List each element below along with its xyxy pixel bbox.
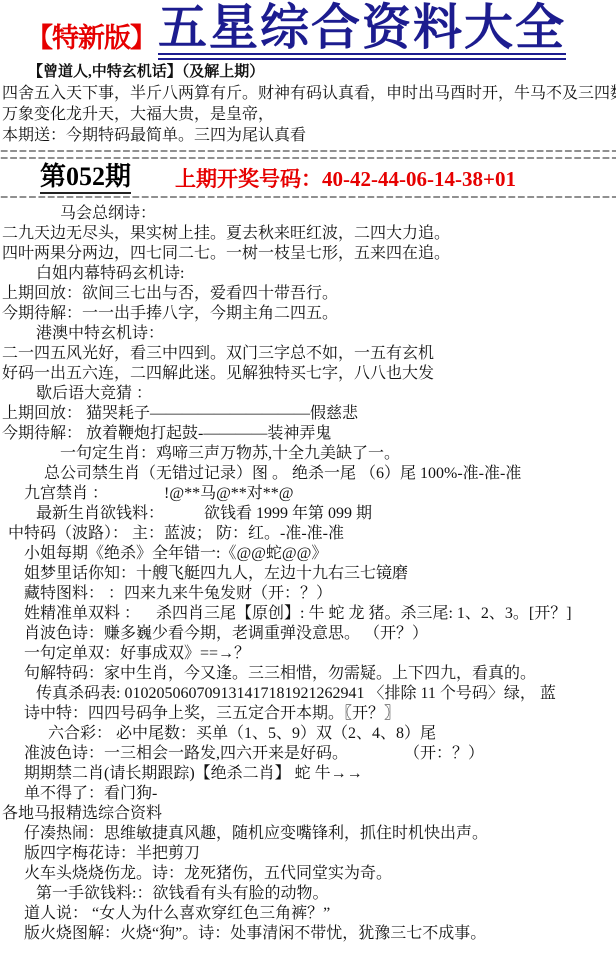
body-line: 中特码（波路）： 主：蓝波； 防：红。-准-准-准 — [0, 524, 616, 544]
body-line: 六合彩： 必中尾数：买单（1、5、9）双（2、4、8）尾 — [0, 724, 616, 744]
issue-number: 第052期 — [40, 162, 131, 194]
body-line: 各地马报精选综合资料 — [0, 804, 616, 824]
separator-line: ========================================… — [0, 148, 616, 155]
body-line: 马会总纲诗： — [0, 204, 616, 224]
subtitle: 【曾道人,中特玄机话】（及解上期） — [0, 60, 616, 81]
body-line: 肖波色诗：赚多巍少看今期，老调重弹没意思。 （开？） — [0, 624, 616, 644]
body-line: 今期待解： 放着鞭炮打起鼓-————装神弄鬼 — [0, 424, 616, 444]
body-line: 总公司禁生肖（无错过记录）图 。 绝杀一尾 （6）尾 100%-准-准-准 — [0, 464, 616, 484]
body-line: 上期回放：欲间三七出与否，爱看四十带吾行。 — [0, 284, 616, 304]
body-line: 最新生肖欲钱料： 欲钱看 1999 年第 099 期 — [0, 504, 616, 524]
separator-top: ========================================… — [0, 148, 616, 162]
body-line: 九宫禁肖 ： !@**马@**对**@ — [0, 484, 616, 504]
body-line: 道人说： “女人为什么喜欢穿红色三角裤？” — [0, 904, 616, 924]
body-line: 准波色诗：一三相会一路发,四六开来是好码。 （开：？） — [0, 744, 616, 764]
body-line: 传真杀码表: 010205060709131417181921262941 〈排… — [0, 684, 616, 704]
body-line: 姐梦里话你知：十艘飞艇四九人，左边十九右三七镜磨 — [0, 564, 616, 584]
body-line: 今期待解：一一出手捧八字，今期主角二四五。 — [0, 304, 616, 324]
body-line: 版四字梅花诗：半把剪刀 — [0, 844, 616, 864]
body-line: 歇后语大竞猜 ： — [0, 384, 616, 404]
issue-row: 第052期 上期开奖号码：40-42-44-06-14-38+01 — [0, 162, 616, 194]
body-line: 版火烧图解：火烧“狗”。诗：处事清闲不带忧，犹豫三七不成事。 — [0, 924, 616, 944]
body-content: 马会总纲诗：二九天边无尽头，果实树上挂。夏去秋来旺红波，二四大力追。四叶两果分两… — [0, 201, 616, 944]
body-line: 姓精准单双料 ： 杀四肖三尾【原创】: 牛 蛇 龙 猪。杀三尾: 1、2、3。[… — [0, 604, 616, 624]
body-line: 白姐内幕特码玄机诗: — [0, 264, 616, 284]
header: 【特新版】 五星综合资料大全 — [0, 0, 616, 60]
body-line: 火车头烧烧伤龙。诗：龙死猪伤，五代同堂实为奇。 — [0, 864, 616, 884]
body-line: 二一四五风光好，看三中四到。双门三字总不如，一五有玄机 — [0, 344, 616, 364]
edition-badge: 【特新版】 — [26, 25, 156, 52]
separator-issue: ========================================… — [0, 194, 616, 201]
last-draw-label: 上期开奖号码： — [175, 167, 322, 191]
separator-line: ========================================… — [0, 194, 616, 201]
body-line: 仔凑热闹：思维敏捷真风趣，随机应变嘴锋利，抓住时机快出声。 — [0, 824, 616, 844]
body-line: 一句定生肖：鸡啼三声万物苏,十全九美缺了一。 — [0, 444, 616, 464]
body-line: 期期禁二肖(请长期跟踪)【绝杀二肖】 蛇 牛→→ — [0, 764, 616, 784]
intro-line: 四舍五入天下事，半斤八两算有斤。财神有码认真看，申时出马酉时开，牛马不及三四数， — [2, 83, 616, 104]
body-line: 二九天边无尽头，果实树上挂。夏去秋来旺红波，二四大力追。 — [0, 224, 616, 244]
body-line: 四叶两果分两边，四七同二七。一树一枝呈七形，五来四在追。 — [0, 244, 616, 264]
body-line: 第一手欲钱料:：欲钱看有头有脸的动物。 — [0, 884, 616, 904]
intro-line: 本期送：今期特码最简单。三四为尾认真看 — [2, 125, 616, 146]
last-draw-numbers: 40-42-44-06-14-38+01 — [322, 167, 516, 191]
page-title: 五星综合资料大全 — [158, 3, 566, 60]
lottery-info-sheet: 【特新版】 五星综合资料大全 【曾道人,中特玄机话】（及解上期） 四舍五入天下事… — [0, 0, 616, 956]
intro-line: 万象变化龙升天，大福大贵，是皇帝， — [2, 104, 616, 125]
separator-line: ========================================… — [0, 155, 616, 162]
body-line: 上期回放： 猫哭耗子——————————假慈悲 — [0, 404, 616, 424]
body-line: 单不得了：看门狗- — [0, 784, 616, 804]
intro-paragraph: 四舍五入天下事，半斤八两算有斤。财神有码认真看，申时出马酉时开，牛马不及三四数，… — [0, 81, 616, 146]
body-line: 好码一出五六连，二四解此迷。见解独特买七字，八八也大发 — [0, 364, 616, 384]
body-line: 港澳中特玄机诗： — [0, 324, 616, 344]
body-line: 诗中特：四四号码争上奖，三五定合开本期。〖开？〗 — [0, 704, 616, 724]
body-line: 小姐每期《绝杀》全年错一:《@@蛇@@》 — [0, 544, 616, 564]
last-draw: 上期开奖号码：40-42-44-06-14-38+01 — [175, 163, 516, 193]
body-line: 句解特码：家中生肖，今又逢。三三相惜，勿需疑。上下四九，看真的。 — [0, 664, 616, 684]
body-line: 藏特图料： ：四来九来牛兔发财（开：？） — [0, 584, 616, 604]
body-line: 一句定单双：好事成双》==→？ — [0, 644, 616, 664]
